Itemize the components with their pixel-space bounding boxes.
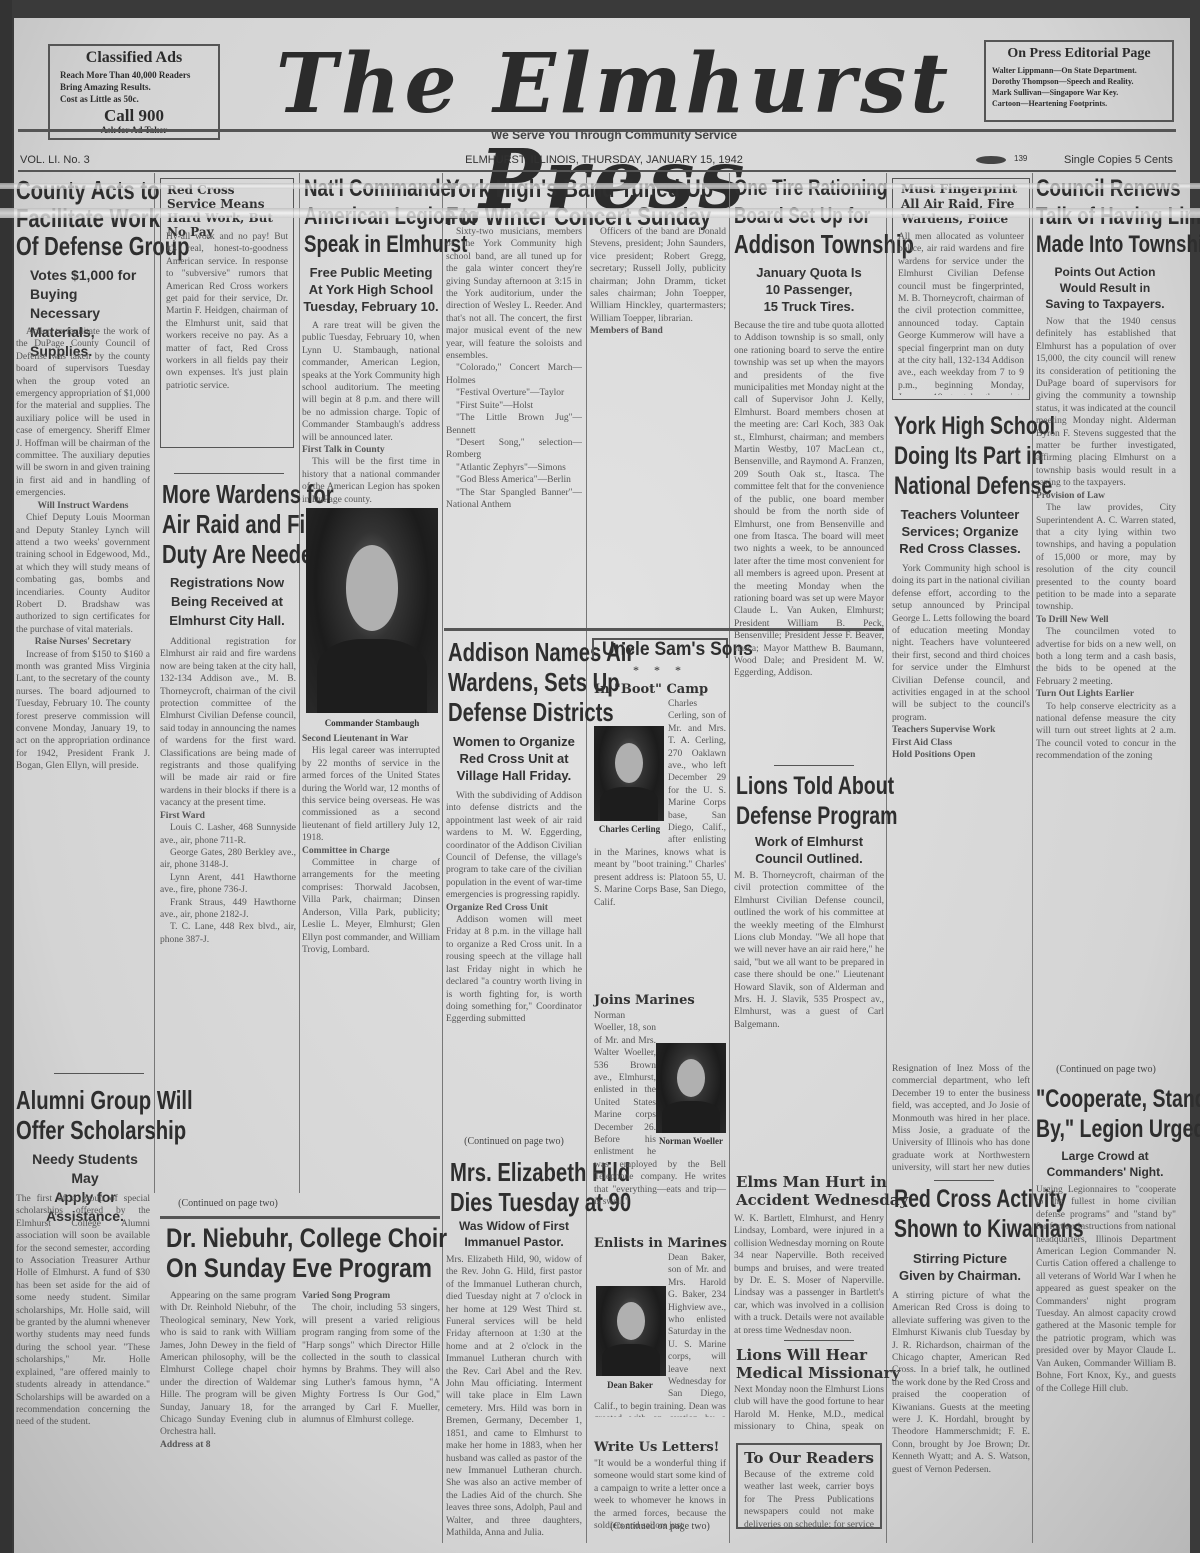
- headline: On Sunday Eve Program: [166, 1254, 432, 1283]
- ear-line: Dorothy Thompson—Speech and Reality.: [992, 76, 1166, 87]
- headline: Elms Man Hurt inAccident Wednesday: [736, 1173, 908, 1209]
- ear-call: Call 900: [50, 107, 218, 125]
- ear-title: On Press Editorial Page: [986, 46, 1172, 62]
- article-body: Sixty-two musicians, members of the York…: [446, 226, 582, 616]
- headline: Lions Told About: [736, 773, 894, 800]
- dateline: ELMHURST, ILLINOIS, THURSDAY, JANUARY 15…: [414, 154, 794, 166]
- article-body: Officers of the band are Donald Stevens,…: [590, 226, 726, 616]
- headline: National Defense: [894, 473, 1052, 500]
- article-body: M. B. Thorneycroft, chairman of the civi…: [734, 870, 884, 1170]
- subhead: Free Public MeetingAt York High SchoolTu…: [302, 264, 440, 315]
- article-body: The first of a group of special scholars…: [16, 1193, 150, 1533]
- ear-title: Classified Ads: [50, 49, 218, 67]
- article-body: Appearing on the same program with Dr. R…: [160, 1290, 296, 1545]
- column-rule: [1032, 173, 1033, 1543]
- headline: Lions Will HearMedical Missionary: [736, 1346, 900, 1382]
- divider: [54, 1073, 144, 1074]
- continued-link[interactable]: (Continued on page two): [1036, 1064, 1176, 1075]
- page-edge: [0, 0, 12, 1553]
- subhead: Stirring PictureGiven by Chairman.: [890, 1250, 1030, 1284]
- subsection-heading: Write Us Letters!: [594, 1440, 719, 1455]
- ear-line: Mark Sullivan—Singapore War Key.: [992, 87, 1166, 98]
- headline: Doing Its Part in: [894, 443, 1044, 470]
- divider: [774, 765, 854, 766]
- subhead: Large Crowd atCommanders' Night.: [1034, 1148, 1176, 1180]
- fold-crease: [0, 208, 1200, 218]
- section-title: Uncle Sam's Sons: [602, 640, 753, 661]
- ear-line: Walter Lippmann—On State Department.: [992, 65, 1166, 76]
- headline: County Acts to: [16, 176, 159, 204]
- article-body: Second Lieutenant in War His legal caree…: [302, 733, 440, 1193]
- article-body: Because of the extreme cold weather last…: [738, 1467, 880, 1529]
- divider: [784, 1340, 854, 1341]
- ear-line: Cartoon—Heartening Footprints.: [992, 98, 1166, 109]
- article-body: Mrs. Elizabeth Hild, 90, widow of the Re…: [446, 1254, 582, 1544]
- column-rule: [586, 173, 587, 1543]
- dateline-rule: [18, 170, 1176, 172]
- column-rule: [154, 173, 155, 1193]
- headline: Defense Districts: [448, 698, 614, 726]
- headline: Made Into Township: [1036, 232, 1200, 258]
- photo-caption: Commander Stambaugh: [304, 718, 440, 728]
- subhead: Registrations NowBeing Received atElmhur…: [160, 573, 294, 630]
- article-body: Charles Cerling, son of Mr. and Mrs. T. …: [594, 698, 726, 1008]
- article-body: A rare treat will be given the public Tu…: [302, 320, 440, 505]
- column-rule: [886, 173, 887, 1543]
- subhead: Points Out ActionWould Result inSaving t…: [1034, 264, 1176, 312]
- continued-link[interactable]: (Continued on page two): [160, 1198, 296, 1209]
- ornament-icon: [976, 156, 1006, 164]
- masthead-rule: [18, 129, 1176, 132]
- ear-line: Bring Amazing Results.: [60, 81, 208, 93]
- column-rule: [442, 173, 443, 1543]
- ear-line: Cost as Little as 50c.: [60, 93, 208, 105]
- headline: Dr. Niebuhr, College Choir: [166, 1224, 447, 1253]
- article-body: With the subdividing of Addison into def…: [446, 790, 582, 1135]
- continued-link[interactable]: (Continued on page two): [594, 1521, 726, 1532]
- article-body: Additional registration for Elmhurst air…: [160, 636, 296, 1196]
- headline: Air Raid and Fire: [162, 510, 324, 538]
- box-title: To Our Readers: [738, 1449, 880, 1467]
- article-body: Because the tire and tube quota allotted…: [734, 320, 884, 760]
- article-body: Now that the 1940 census definitely has …: [1036, 316, 1176, 1056]
- subhead: Women to OrganizeRed Cross Unit atVillag…: [446, 733, 582, 784]
- article-body: Resignation of Inez Moss of the commerci…: [892, 1063, 1030, 1173]
- divider: [174, 473, 284, 474]
- headline: By," Legion Urged: [1036, 1116, 1200, 1143]
- article-body: Next Monday noon the Elmhurst Lions club…: [734, 1384, 884, 1434]
- classified-ads-ear: Classified Ads Reach More Than 40,000 Re…: [48, 44, 220, 140]
- article-red-cross-service: Red Cross Service Means Hard Work, But N…: [160, 178, 294, 448]
- divider: [160, 1216, 440, 1219]
- editorial-page-ear: On Press Editorial Page Walter Lippmann—…: [984, 40, 1174, 122]
- subsection-heading: Joins Marines: [594, 993, 695, 1008]
- fold-crease: [0, 183, 1200, 189]
- divider: [934, 1180, 994, 1181]
- article-body: W. K. Bartlett, Elmhurst, and Henry Lind…: [734, 1213, 884, 1333]
- headline: Defense Program: [736, 803, 897, 830]
- article-body: All men allocated as volunteer police, a…: [898, 231, 1024, 395]
- ear-line: Reach More Than 40,000 Readers: [60, 69, 208, 81]
- article-body: Dean Baker, son of Mr. and Mrs. Harold G…: [594, 1252, 726, 1417]
- article-body: Urging Legionnaires to "cooperate to the…: [1036, 1184, 1176, 1534]
- headline: Duty Are Needed: [162, 540, 325, 568]
- column-rule: [299, 173, 300, 1193]
- continued-link[interactable]: (Continued on page two): [446, 1136, 582, 1147]
- volume-number: VOL. LI. No. 3: [20, 154, 90, 166]
- column-rule: [729, 173, 730, 1543]
- subhead: Teachers VolunteerServices; OrganizeRed …: [890, 506, 1030, 557]
- subhead: Was Widow of FirstImmanuel Pastor.: [446, 1218, 582, 1250]
- article-to-our-readers: To Our Readers Because of the extreme co…: [736, 1443, 882, 1529]
- article-body: Norman Woeller, 18, son of Mr. and Mrs. …: [594, 1010, 726, 1210]
- page-marker: 139: [1014, 154, 1027, 163]
- subhead: January Quota Is10 Passenger,15 Truck Ti…: [734, 264, 884, 315]
- commander-photo: [306, 508, 438, 713]
- headline: "Cooperate, Stand: [1036, 1086, 1200, 1113]
- stars-ornament: * * *: [592, 663, 728, 678]
- article-body: Hy-all work and no pay! But it's real, h…: [166, 231, 288, 441]
- article-body: Varied Song Program The choir, including…: [302, 1290, 440, 1545]
- headline: York High's Band Tuned Up: [446, 176, 713, 203]
- price: Single Copies 5 Cents: [1064, 154, 1173, 166]
- subsection-heading: In "Boot" Camp: [594, 682, 708, 697]
- headline: Speak in Elmhurst: [304, 232, 467, 258]
- newspaper-page: Classified Ads Reach More Than 40,000 Re…: [14, 18, 1190, 1553]
- headline: York High School: [894, 413, 1055, 440]
- headline: Addison Township: [734, 230, 914, 258]
- article-body: Action to facilitate the work of the DuP…: [16, 326, 150, 1066]
- subhead: Work of ElmhurstCouncil Outlined.: [734, 833, 884, 867]
- subsection-heading: Enlists in Marines: [594, 1236, 727, 1251]
- article-body: York Community high school is doing its …: [892, 563, 1030, 1058]
- article-body: A stirring picture of what the American …: [892, 1290, 1030, 1540]
